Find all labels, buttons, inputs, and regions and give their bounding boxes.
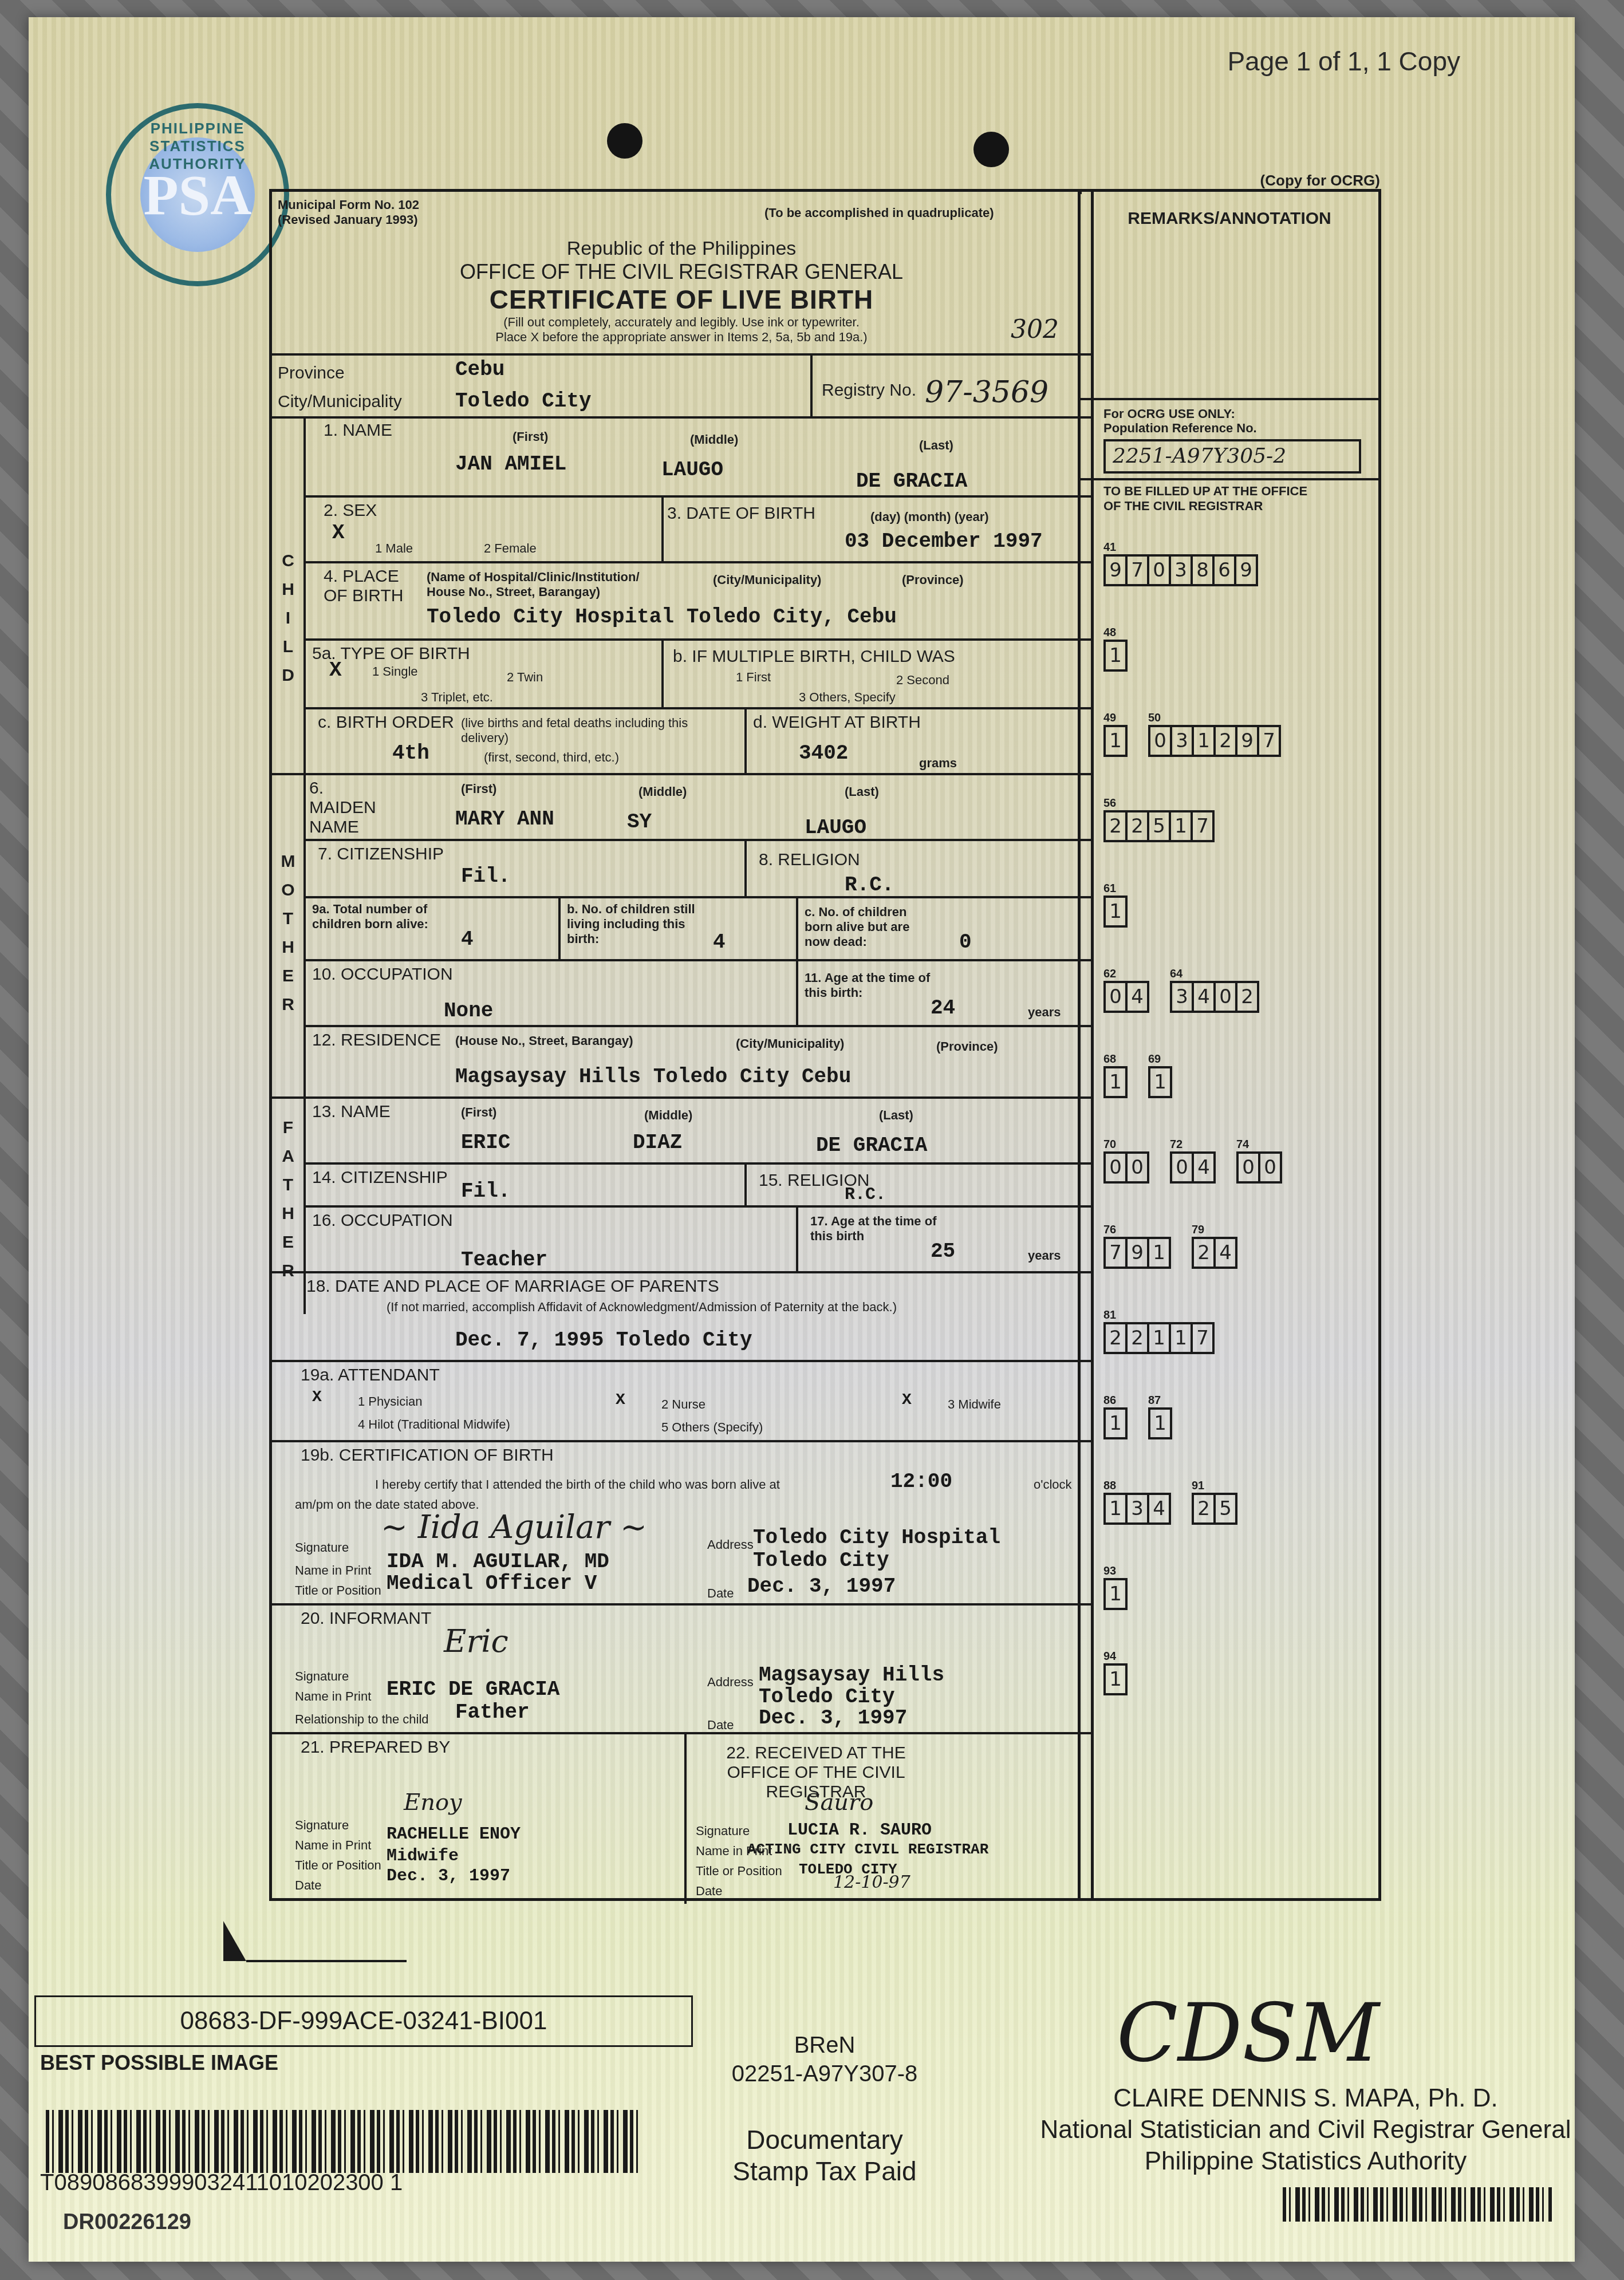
section-mother-label: MOTHER — [277, 847, 299, 1019]
attendant-name: IDA M. AGUILAR, MD — [387, 1550, 609, 1573]
mother-religion-label: 8. RELIGION — [759, 850, 860, 870]
code-digit: 0 — [1147, 554, 1171, 586]
first-sublabel: (First) — [461, 1105, 496, 1120]
document-title: CERTIFICATE OF LIVE BIRTH — [272, 284, 1091, 315]
residence-province-sublabel: (Province) — [936, 1039, 998, 1054]
stamp-tax-label-2: Stamp Tax Paid — [722, 2156, 928, 2187]
sex-label: 2. SEX — [324, 501, 377, 520]
code-group-48: 481 — [1103, 626, 1125, 672]
sex-female-option: 2 Female — [484, 541, 537, 556]
code-label: 93 — [1103, 1565, 1125, 1578]
corner-mark-icon — [223, 1921, 246, 1961]
mother-citizenship: Fil. — [461, 865, 510, 888]
signature-label: Signature — [295, 1669, 349, 1684]
form-number: Municipal Form No. 102 — [278, 198, 419, 212]
code-group-81: 8122117 — [1103, 1309, 1212, 1354]
living-children-label: b. No. of children still living includin… — [567, 902, 699, 946]
code-digit: 7 — [1257, 725, 1281, 757]
multiple-others: 3 Others, Specify — [799, 690, 896, 705]
city-label: City/Municipality — [278, 392, 402, 412]
code-digit: 1 — [1103, 640, 1128, 672]
code-group-68: 681 — [1103, 1053, 1125, 1098]
code-boxes: 791 — [1103, 1237, 1169, 1269]
code-digit: 1 — [1103, 896, 1128, 928]
mother-occupation: None — [444, 999, 493, 1023]
code-digit: 1 — [1147, 1237, 1171, 1269]
code-boxes: 1 — [1103, 1407, 1125, 1439]
code-label: 79 — [1192, 1224, 1235, 1237]
middle-sublabel: (Middle) — [638, 784, 687, 799]
code-group-79: 7924 — [1192, 1224, 1235, 1269]
code-group-62: 6204 — [1103, 968, 1147, 1013]
code-digit: 1 — [1148, 1407, 1172, 1439]
code-row: 941 — [1103, 1650, 1367, 1695]
name-in-print-label: Name in Print — [295, 1689, 371, 1704]
code-label: 62 — [1103, 968, 1147, 981]
code-label: 61 — [1103, 882, 1125, 896]
residence-sublabel: (House No., Street, Barangay) — [455, 1034, 633, 1048]
code-boxes: 1 — [1103, 1066, 1125, 1098]
code-digit: 7 — [1191, 810, 1215, 842]
signature-label: Signature — [295, 1540, 349, 1555]
code-label: 91 — [1192, 1480, 1235, 1493]
child-middle-name: LAUGO — [661, 458, 723, 482]
code-boxes: 24 — [1192, 1237, 1235, 1269]
code-digit: 2 — [1192, 1493, 1216, 1525]
preparer-title: Midwife — [387, 1847, 459, 1866]
code-digit: 2 — [1103, 1322, 1128, 1354]
document-id: 08683-DF-999ACE-03241-BI001 — [34, 1995, 693, 2047]
barcode-small — [1283, 2187, 1552, 2222]
code-digit: 1 — [1147, 1322, 1171, 1354]
birth-type-single: 1 Single — [372, 664, 418, 679]
dead-children-label: c. No. of children born alive but are no… — [805, 905, 936, 949]
mother-religion: R.C. — [845, 873, 894, 897]
code-group-49: 491 — [1103, 712, 1125, 757]
psa-seal: PHILIPPINE STATISTICS AUTHORITY PSA — [106, 103, 289, 286]
mother-last-name: LAUGO — [805, 816, 866, 839]
mother-age-label: 11. Age at the time of this birth: — [805, 971, 948, 1000]
code-group-74: 7400 — [1236, 1138, 1280, 1184]
code-row: 611 — [1103, 882, 1367, 928]
section-child-label: CHILD — [277, 547, 299, 690]
code-boxes: 134 — [1103, 1493, 1169, 1525]
middle-sublabel: (Middle) — [644, 1108, 692, 1123]
address-label: Address — [707, 1537, 754, 1552]
bren-value: 02251-A97Y307-8 — [722, 2061, 928, 2087]
birth-order-sublabel: (live births and fetal deaths including … — [461, 716, 690, 745]
code-digit: 0 — [1148, 725, 1172, 757]
statistical-codes: 4197038694814915003129756225176116204643… — [1103, 541, 1367, 1735]
attendant-physician: 1 Physician — [358, 1394, 423, 1409]
informant-address-2: Toledo City — [759, 1685, 895, 1709]
province-value: Cebu — [455, 358, 504, 381]
code-boxes: 1 — [1103, 1663, 1125, 1695]
mother-occupation-label: 10. OCCUPATION — [312, 965, 453, 984]
code-digit: 2 — [1213, 725, 1237, 757]
barcode — [46, 2110, 641, 2173]
preparer-date: Dec. 3, 1997 — [387, 1867, 510, 1886]
code-boxes: 1 — [1148, 1066, 1170, 1098]
code-digit: 7 — [1103, 1237, 1128, 1269]
code-label: 69 — [1148, 1053, 1170, 1066]
code-digit: 1 — [1103, 725, 1128, 757]
certification-text: I hereby certify that I attended the bir… — [375, 1477, 780, 1492]
remarks-label: REMARKS/ANNOTATION — [1081, 209, 1378, 228]
code-group-61: 611 — [1103, 882, 1125, 928]
attendant-others: 5 Others (Specify) — [661, 1420, 763, 1435]
code-digit: 0 — [1170, 1151, 1194, 1184]
living-children-value: 4 — [713, 930, 726, 954]
relationship-label: Relationship to the child — [295, 1712, 429, 1727]
preparer-signature: Enoy — [404, 1789, 462, 1816]
multiple-second: 2 Second — [896, 673, 949, 688]
code-boxes: 22117 — [1103, 1322, 1212, 1354]
registry-label: Registry No. — [822, 381, 916, 400]
residence-city-sublabel: (City/Municipality) — [736, 1036, 844, 1051]
code-boxes: 1 — [1103, 725, 1125, 757]
father-middle-name: DIAZ — [633, 1131, 682, 1154]
first-sublabel: (First) — [461, 782, 496, 796]
code-row: 881349125 — [1103, 1480, 1367, 1525]
last-sublabel: (Last) — [845, 784, 879, 799]
code-boxes: 1 — [1103, 640, 1125, 672]
date-label: Date — [295, 1878, 321, 1893]
title-label: Title or Position — [696, 1864, 782, 1879]
copy-for-label: (Copy for OCRG) — [1260, 172, 1380, 190]
attendant-date: Dec. 3, 1997 — [747, 1575, 896, 1598]
section-father-label: FATHER — [277, 1114, 299, 1285]
father-occupation-label: 16. OCCUPATION — [312, 1211, 453, 1230]
code-digit: 0 — [1236, 1151, 1260, 1184]
code-digit: 1 — [1148, 1066, 1172, 1098]
code-digit: 0 — [1258, 1151, 1282, 1184]
father-age: 25 — [931, 1240, 955, 1263]
father-religion: R.C. — [845, 1185, 886, 1205]
code-digit: 4 — [1192, 1151, 1216, 1184]
code-boxes: 00 — [1236, 1151, 1280, 1184]
code-row: 49150031297 — [1103, 712, 1367, 757]
dob-sublabel: (day) (month) (year) — [870, 510, 989, 524]
bren-label: BReN — [739, 2033, 910, 2058]
birth-order-value: 4th — [392, 741, 429, 765]
sex-male-option: 1 Male — [375, 541, 413, 556]
birth-type-single-mark: X — [329, 658, 342, 682]
signatory-signature: CDSM — [1117, 1987, 1379, 2080]
province-label: Province — [278, 364, 345, 383]
attendant-nurse: 2 Nurse — [661, 1397, 705, 1412]
registrar-date: 12-10-97 — [833, 1872, 910, 1892]
total-children-label: 9a. Total number of children born alive: — [312, 902, 444, 932]
child-last-name: DE GRACIA — [856, 470, 967, 493]
weight-unit: grams — [919, 756, 957, 771]
code-group-50: 50031297 — [1148, 712, 1279, 757]
code-group-86: 861 — [1103, 1394, 1125, 1439]
dr-number: DR00226129 — [63, 2210, 191, 2235]
pob-label: 4. PLACE OF BIRTH — [324, 567, 404, 606]
main-form: Municipal Form No. 102 (Revised January … — [269, 189, 1094, 1901]
multiple-first: 1 First — [736, 670, 771, 685]
code-digit: 9 — [1235, 725, 1259, 757]
signature-label: Signature — [696, 1824, 750, 1839]
pob-province-sublabel: (Province) — [902, 573, 964, 587]
code-digit: 1 — [1169, 1322, 1193, 1354]
code-digit: 7 — [1125, 554, 1149, 586]
informant-date: Dec. 3, 1997 — [759, 1706, 907, 1730]
code-label: 88 — [1103, 1480, 1169, 1493]
mother-age: 24 — [931, 996, 955, 1020]
birth-time: 12:00 — [890, 1470, 952, 1493]
sex-male-mark: X — [332, 521, 345, 545]
dob-label: 3. DATE OF BIRTH — [667, 504, 815, 523]
code-boxes: 04 — [1170, 1151, 1213, 1184]
code-digit: 2 — [1235, 981, 1259, 1013]
name-in-print-label: Name in Print — [295, 1838, 371, 1853]
code-digit: 7 — [1191, 1322, 1215, 1354]
code-digit: 9 — [1234, 554, 1258, 586]
republic-label: Republic of the Philippines — [272, 238, 1091, 260]
code-digit: 9 — [1125, 1237, 1149, 1269]
code-group-72: 7204 — [1170, 1138, 1213, 1184]
code-boxes: 25 — [1192, 1493, 1235, 1525]
attendant-physician-mark: X — [312, 1388, 322, 1406]
code-group-76: 76791 — [1103, 1224, 1169, 1269]
father-citizenship-label: 14. CITIZENSHIP — [312, 1168, 448, 1188]
registrar-name: LUCIA R. SAURO — [787, 1821, 932, 1840]
attendant-nurse-mark: X — [616, 1391, 625, 1409]
code-digit: 1 — [1192, 725, 1216, 757]
code-digit: 1 — [1103, 1663, 1128, 1695]
first-sublabel: (First) — [513, 429, 548, 444]
prepared-by-label: 21. PREPARED BY — [301, 1738, 450, 1757]
code-boxes: 04 — [1103, 981, 1147, 1013]
code-row: 419703869 — [1103, 541, 1367, 586]
father-first-name: ERIC — [461, 1131, 510, 1154]
weight-label: d. WEIGHT AT BIRTH — [753, 713, 921, 732]
code-digit: 4 — [1147, 1493, 1171, 1525]
age-unit: years — [1028, 1005, 1061, 1020]
title-label: Title or Position — [295, 1583, 381, 1598]
father-last-name: DE GRACIA — [816, 1134, 927, 1157]
informant-relationship: Father — [455, 1701, 530, 1724]
marriage-note: (If not married, accomplish Affidavit of… — [387, 1300, 1074, 1315]
code-label: 81 — [1103, 1309, 1212, 1322]
page-count: Page 1 of 1, 1 Copy — [1227, 46, 1460, 77]
registrar-title: ACTING CITY CIVIL REGISTRAR — [747, 1841, 988, 1858]
code-digit: 2 — [1192, 1237, 1216, 1269]
code-row: 700072047400 — [1103, 1138, 1367, 1184]
code-boxes: 22517 — [1103, 810, 1212, 842]
code-digit: 3 — [1170, 981, 1194, 1013]
code-label: 41 — [1103, 541, 1256, 554]
code-boxes: 1 — [1103, 896, 1125, 928]
code-digit: 3 — [1170, 725, 1194, 757]
total-children-value: 4 — [461, 928, 474, 951]
punch-hole — [973, 132, 1009, 167]
fill-up-label: TO BE FILLED UP AT THE OFFICE OF THE CIV… — [1103, 484, 1321, 514]
instructions: (Fill out completely, accurately and leg… — [272, 315, 1091, 330]
mother-name-label: 6. MAIDEN NAME — [309, 779, 389, 837]
name-in-print-label: Name in Print — [295, 1563, 371, 1578]
code-digit: 2 — [1103, 810, 1128, 842]
code-group-41: 419703869 — [1103, 541, 1256, 586]
informant-label: 20. INFORMANT — [301, 1609, 431, 1628]
pob-city-sublabel: (City/Municipality) — [713, 573, 821, 587]
father-occupation: Teacher — [461, 1248, 547, 1272]
code-boxes: 1 — [1103, 1578, 1125, 1610]
signatory-name: CLAIRE DENNIS S. MAPA, Ph. D. — [1036, 2084, 1575, 2113]
instructions-2: Place X before the appropriate answer in… — [272, 330, 1091, 345]
code-label: 70 — [1103, 1138, 1147, 1151]
code-label: 87 — [1148, 1394, 1170, 1407]
code-digit: 0 — [1213, 981, 1237, 1013]
code-digit: 1 — [1103, 1407, 1128, 1439]
birth-type-twin: 2 Twin — [507, 670, 543, 685]
attendant-label: 19a. ATTENDANT — [301, 1366, 440, 1385]
oclock-label: o'clock — [1034, 1477, 1072, 1492]
code-digit: 1 — [1103, 1578, 1128, 1610]
code-label: 86 — [1103, 1394, 1125, 1407]
code-row: 5622517 — [1103, 797, 1367, 842]
code-digit: 3 — [1169, 554, 1193, 586]
barcode-number: T08908683999032411010202300 1 — [40, 2170, 403, 2196]
prn-value: 2251-A97Y305-2 — [1103, 439, 1361, 474]
code-digit: 1 — [1169, 810, 1193, 842]
code-digit: 1 — [1103, 1066, 1128, 1098]
code-group-91: 9125 — [1192, 1480, 1235, 1525]
code-label: 50 — [1148, 712, 1279, 725]
code-digit: 0 — [1103, 981, 1128, 1013]
attendant-title: Medical Officer V — [387, 1572, 597, 1595]
date-label: Date — [707, 1718, 734, 1733]
age-unit: years — [1028, 1248, 1061, 1263]
punch-hole — [607, 123, 642, 159]
code-digit: 9 — [1103, 554, 1128, 586]
city-value: Toledo City — [455, 389, 592, 413]
multiple-birth-label: b. IF MULTIPLE BIRTH, CHILD WAS — [673, 647, 955, 666]
birth-type-triplet: 3 Triplet, etc. — [421, 690, 493, 705]
code-row: 481 — [1103, 626, 1367, 672]
code-digit: 4 — [1125, 981, 1149, 1013]
child-place-of-birth: Toledo City Hospital Toledo City, Cebu — [427, 605, 897, 629]
ocrg-column: REMARKS/ANNOTATION For OCRG USE ONLY: Po… — [1078, 189, 1381, 1901]
code-digit: 3 — [1125, 1493, 1149, 1525]
code-group-64: 643402 — [1170, 968, 1257, 1013]
father-citizenship: Fil. — [461, 1180, 510, 1203]
code-label: 68 — [1103, 1053, 1125, 1066]
code-digit: 5 — [1147, 810, 1171, 842]
code-digit: 6 — [1212, 554, 1236, 586]
code-label: 49 — [1103, 712, 1125, 725]
registry-number: 97-3569 — [925, 375, 1048, 409]
informant-address-1: Magsaysay Hills — [759, 1663, 944, 1687]
office-label: OFFICE OF THE CIVIL REGISTRAR GENERAL — [272, 260, 1091, 284]
prn-label: Population Reference No. — [1103, 421, 1257, 436]
code-group-87: 871 — [1148, 1394, 1170, 1439]
signature-label: Signature — [295, 1818, 349, 1833]
registrar-signature: Sauro — [805, 1789, 873, 1816]
code-boxes: 9703869 — [1103, 554, 1256, 586]
code-digit: 1 — [1103, 1493, 1128, 1525]
code-digit: 4 — [1213, 1237, 1237, 1269]
code-digit: 4 — [1192, 981, 1216, 1013]
code-label: 56 — [1103, 797, 1212, 810]
code-row: 861871 — [1103, 1394, 1367, 1439]
mother-residence-label: 12. RESIDENCE — [312, 1031, 441, 1050]
attendant-midwife: 3 Midwife — [948, 1397, 1001, 1412]
code-row: 681691 — [1103, 1053, 1367, 1098]
code-row: 931 — [1103, 1565, 1367, 1610]
code-label: 94 — [1103, 1650, 1125, 1663]
marriage-date-place: Dec. 7, 1995 Toledo City — [455, 1328, 752, 1352]
code-group-56: 5622517 — [1103, 797, 1212, 842]
attendant-address-2: Toledo City — [753, 1549, 889, 1572]
address-label: Address — [707, 1675, 754, 1690]
last-sublabel: (Last) — [919, 438, 953, 453]
child-name-label: 1. NAME — [324, 421, 392, 440]
stamp-tax-label: Documentary — [727, 2124, 922, 2155]
code-group-69: 691 — [1148, 1053, 1170, 1098]
mother-citizenship-label: 7. CITIZENSHIP — [318, 845, 444, 864]
certification-label: 19b. CERTIFICATION OF BIRTH — [301, 1446, 554, 1465]
code-boxes: 1 — [1148, 1407, 1170, 1439]
seal-text: PHILIPPINE STATISTICS AUTHORITY — [111, 120, 284, 173]
code-digit: 0 — [1125, 1151, 1149, 1184]
code-group-70: 7000 — [1103, 1138, 1147, 1184]
attendant-midwife-mark: X — [902, 1391, 912, 1409]
mother-residence: Magsaysay Hills Toledo City Cebu — [455, 1065, 851, 1088]
signatory-org: Philippine Statistics Authority — [1036, 2147, 1575, 2176]
pob-sublabel: (Name of Hospital/Clinic/Institution/ Ho… — [427, 570, 644, 599]
mother-first-name: MARY ANN — [455, 807, 554, 831]
handwritten-note: 302 — [1011, 315, 1059, 344]
birth-weight-value: 3402 — [799, 741, 848, 765]
child-dob: 03 December 1997 — [845, 530, 1043, 553]
date-label: Date — [696, 1884, 722, 1899]
dead-children-value: 0 — [959, 930, 972, 954]
ocrg-use-label: For OCRG USE ONLY: — [1103, 407, 1235, 421]
code-group-94: 941 — [1103, 1650, 1125, 1695]
code-boxes: 031297 — [1148, 725, 1279, 757]
code-digit: 8 — [1191, 554, 1215, 586]
code-row: 767917924 — [1103, 1224, 1367, 1269]
birth-order-label: c. BIRTH ORDER — [318, 713, 454, 732]
best-image-label: BEST POSSIBLE IMAGE — [40, 2051, 278, 2075]
code-group-93: 931 — [1103, 1565, 1125, 1610]
preparer-name: RACHELLE ENOY — [387, 1825, 521, 1844]
code-label: 64 — [1170, 968, 1257, 981]
attendant-address-1: Toledo City Hospital — [753, 1526, 1000, 1549]
title-label: Title or Position — [295, 1858, 381, 1873]
code-label: 74 — [1236, 1138, 1280, 1151]
code-label: 72 — [1170, 1138, 1213, 1151]
code-boxes: 00 — [1103, 1151, 1147, 1184]
quadruplicate-note: (To be accomplished in quadruplicate) — [764, 206, 994, 220]
code-label: 76 — [1103, 1224, 1169, 1237]
code-row: 8122117 — [1103, 1309, 1367, 1354]
mother-middle-name: SY — [627, 810, 652, 834]
code-digit: 2 — [1125, 810, 1149, 842]
form-revised: (Revised January 1993) — [278, 212, 418, 227]
middle-sublabel: (Middle) — [690, 432, 738, 447]
informant-signature: Eric — [444, 1623, 509, 1659]
code-digit: 2 — [1125, 1322, 1149, 1354]
marriage-label: 18. DATE AND PLACE OF MARRIAGE OF PARENT… — [306, 1277, 719, 1296]
informant-name: ERIC DE GRACIA — [387, 1678, 559, 1701]
attendant-signature: ~ Iida Aguilar ~ — [381, 1509, 647, 1546]
date-label: Date — [707, 1586, 734, 1601]
father-name-label: 13. NAME — [312, 1102, 391, 1122]
